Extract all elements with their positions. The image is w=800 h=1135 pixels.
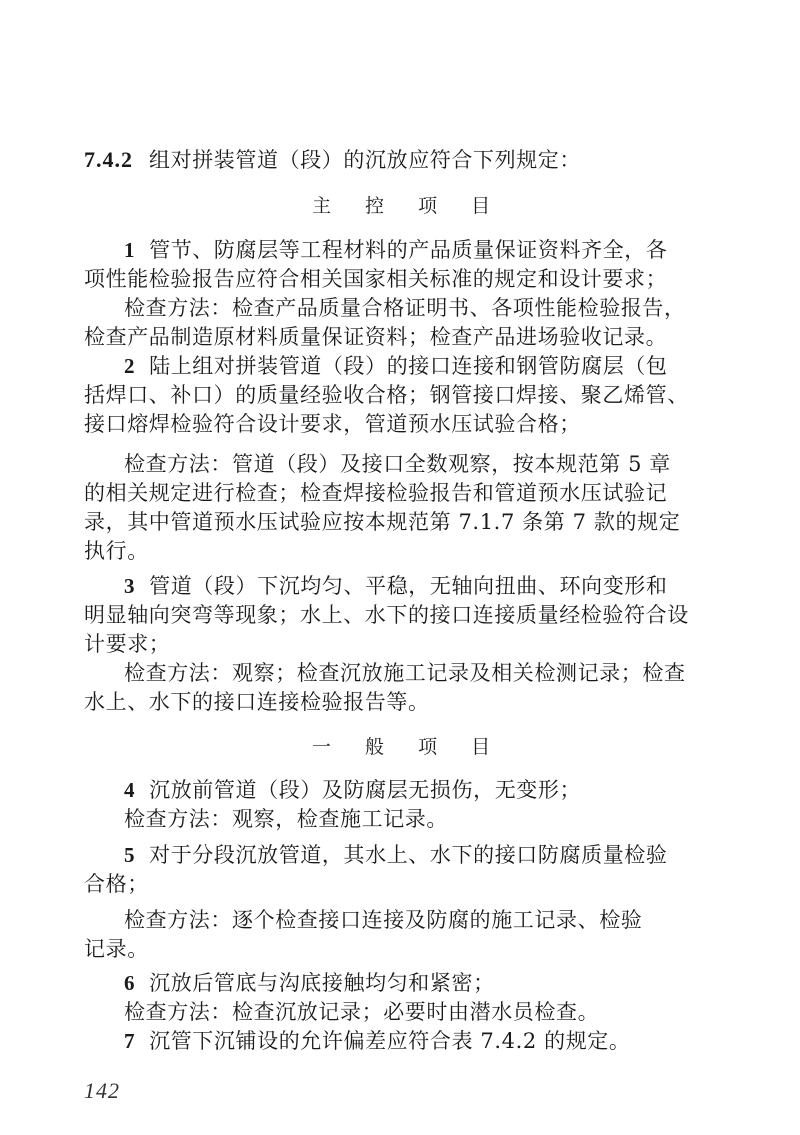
clause-number: 7.4.2 [84,147,133,172]
item-2-method-line-1: 检查方法：管道（段）及接口全数观察，按本规范第 5 章 [124,450,671,478]
item-number: 7 [124,1029,135,1053]
item-number: 4 [124,778,135,802]
item-number: 5 [124,843,135,867]
item-3-line-1: 3管道（段）下沉均匀、平稳，无轴向扭曲、环向变形和 [124,572,668,600]
item-number: 6 [124,971,135,995]
item-5-method-line-1: 检查方法：逐个检查接口连接及防腐的施工记录、检验 [124,906,642,934]
item-3-method-line-2: 水上、水下的接口连接检验报告等。 [84,688,430,716]
item-2-line-2: 括焊口、补口）的质量经验收合格；钢管接口焊接、聚乙烯管、 [84,381,689,409]
item-2-line-3: 接口熔焊检验符合设计要求，管道预水压试验合格； [84,410,581,438]
clause-heading: 7.4.2组对拼装管道（段）的沉放应符合下列规定： [84,146,581,174]
section-heading-main-control: 主 控 项 目 [312,192,504,220]
item-1-method-line-2: 检查产品制造原材料质量保证资料；检查产品进场验收记录。 [84,323,667,351]
section-heading-general: 一 般 项 目 [312,733,504,761]
item-6-line-1: 6沉放后管底与沟底接触均匀和紧密； [124,969,495,997]
document-page: 7.4.2组对拼装管道（段）的沉放应符合下列规定： 主 控 项 目 1管节、防腐… [0,0,800,1135]
item-5-line-2: 合格； [84,870,149,898]
page-number: 142 [84,1078,120,1104]
item-7-line-1: 7沉管下沉铺设的允许偏差应符合表 7.4.2 的规定。 [124,1027,631,1055]
item-3-method-line-1: 检查方法：观察；检查沉放施工记录及相关检测记录；检查 [124,659,686,687]
item-4-line-1: 4沉放前管道（段）及防腐层无损伤，无变形； [124,776,581,804]
item-2-line-1: 2陆上组对拼装管道（段）的接口连接和钢管防腐层（包 [124,352,668,380]
item-1-line-2: 项性能检验报告应符合相关国家相关标准的规定和设计要求； [84,265,667,293]
item-number: 3 [124,574,135,598]
item-2-method-line-4: 执行。 [84,537,149,565]
item-6-method-line-1: 检查方法：检查沉放记录；必要时由潜水员检查。 [124,998,599,1026]
item-2-method-line-2: 的相关规定进行检查；检查焊接检验报告和管道预水压试验记 [84,479,667,507]
item-1-line-1: 1管节、防腐层等工程材料的产品质量保证资料齐全，各 [124,236,668,264]
item-3-line-2: 明显轴向突弯等现象；水上、水下的接口连接质量经检验符合设 [84,601,689,629]
item-1-method-line-1: 检查方法：检查产品质量合格证明书、各项性能检验报告， [124,294,686,322]
item-number: 2 [124,354,135,378]
item-2-method-line-3: 录，其中管道预水压试验应按本规范第 7.1.7 条第 7 款的规定 [84,508,680,536]
item-4-method-line-1: 检查方法：观察，检查施工记录。 [124,805,448,833]
clause-title: 组对拼装管道（段）的沉放应符合下列规定： [149,148,581,172]
item-3-line-3: 计要求； [84,630,170,658]
item-5-line-1: 5对于分段沉放管道，其水上、水下的接口防腐质量检验 [124,841,668,869]
item-number: 1 [124,238,135,262]
item-5-method-line-2: 记录。 [84,935,149,963]
